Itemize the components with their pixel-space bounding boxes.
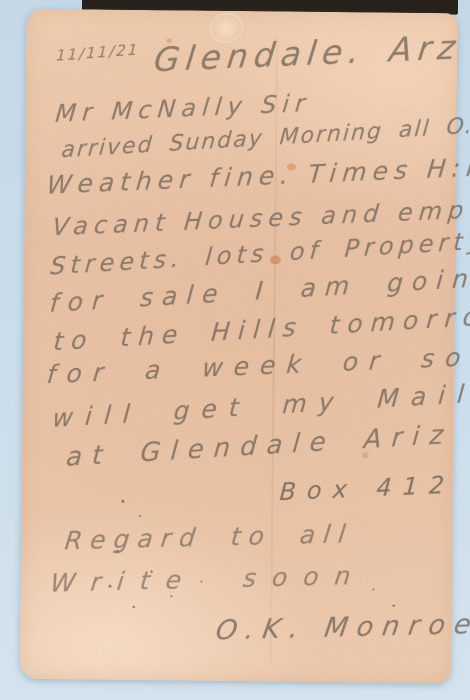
postcard-scan: 11/11/21 Glendale. Arz Mr McNally Sir ar… xyxy=(0,0,470,700)
signature: O.K. Monroe xyxy=(214,609,470,647)
city-heading: Glendale. Arz xyxy=(152,27,463,79)
ink-speck xyxy=(121,500,124,503)
ink-speck xyxy=(372,588,374,590)
closing-line: Write soon xyxy=(49,561,368,598)
salutation-line: Mr McNally Sir xyxy=(54,89,312,128)
postcard: 11/11/21 Glendale. Arz Mr McNally Sir ar… xyxy=(20,9,458,683)
ink-speck xyxy=(139,515,141,517)
ink-speck xyxy=(170,595,172,597)
date-text: 11/11/21 xyxy=(56,40,140,65)
ink-speck xyxy=(132,606,135,608)
closing-line: Regard to all xyxy=(63,519,355,555)
ink-speck xyxy=(392,605,395,607)
box-number: Box 412 xyxy=(279,471,456,506)
